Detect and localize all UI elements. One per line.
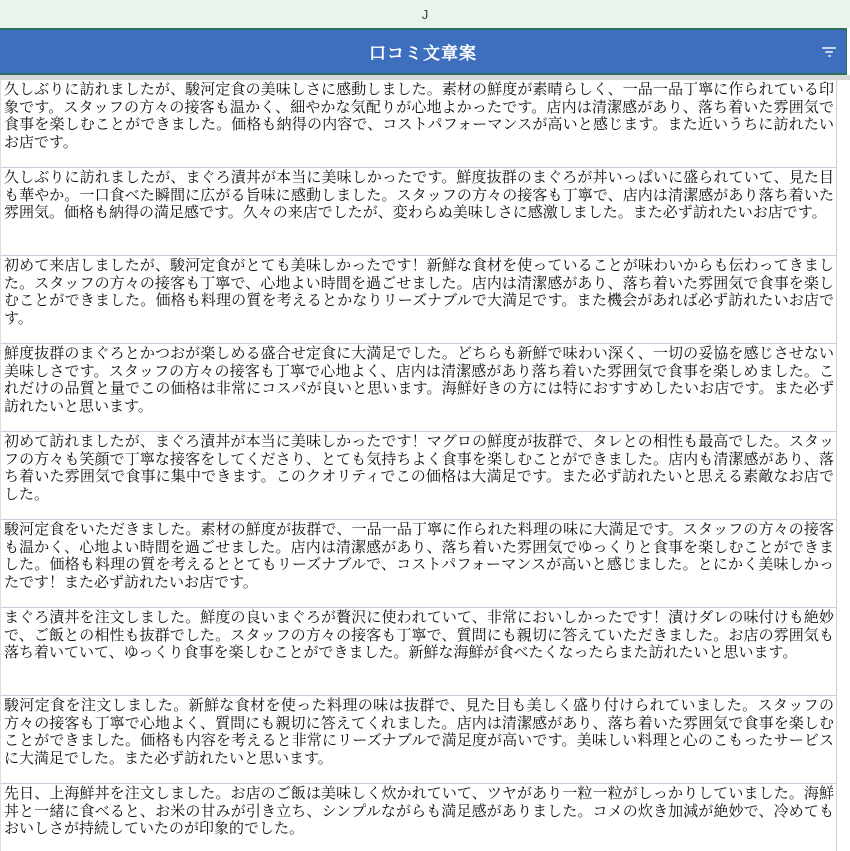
review-cell[interactable]: 初めて訪れましたが、まぐろ漬丼が本当に美味しかったです！マグロの鮮度が抜群で、タ… [1,432,836,520]
sheet-header-cell[interactable]: 口コミ文章案 [0,28,847,75]
column-header-strip: J [0,0,850,28]
review-cell[interactable]: 久しぶりに訪れましたが、駿河定食の美味しさに感動しました。素材の鮮度が素晴らしく… [1,80,836,168]
review-rows: 久しぶりに訪れましたが、駿河定食の美味しさに感動しました。素材の鮮度が素晴らしく… [0,80,837,851]
review-cell[interactable]: 先日、上海鮮丼を注文しました。お店のご飯は美味しく炊かれていて、ツヤがあり一粒一… [1,784,836,851]
review-cell[interactable]: 初めて来店しましたが、駿河定食がとても美味しかったです！新鮮な食材を使っているこ… [1,256,836,344]
review-cell[interactable]: 駿河定食を注文しました。新鮮な食材を使った料理の味は抜群で、見た目も美しく盛り付… [1,696,836,784]
filter-funnel-icon[interactable] [821,45,837,59]
review-cell[interactable]: 鮮度抜群のまぐろとかつおが楽しめる盛合せ定食に大満足でした。どちらも新鮮で味わい… [1,344,836,432]
column-header-letter[interactable]: J [422,7,429,22]
review-cell[interactable]: 久しぶりに訪れましたが、まぐろ漬丼が本当に美味しかったです。鮮度抜群のまぐろが丼… [1,168,836,256]
review-cell[interactable]: まぐろ漬丼を注文しました。鮮度の良いまぐろが贅沢に使われていて、非常においしかっ… [1,608,836,696]
sheet-title: 口コミ文章案 [369,39,477,64]
review-cell[interactable]: 駿河定食をいただきました。素材の鮮度が抜群で、一品一品丁寧に作られた料理の味に大… [1,520,836,608]
